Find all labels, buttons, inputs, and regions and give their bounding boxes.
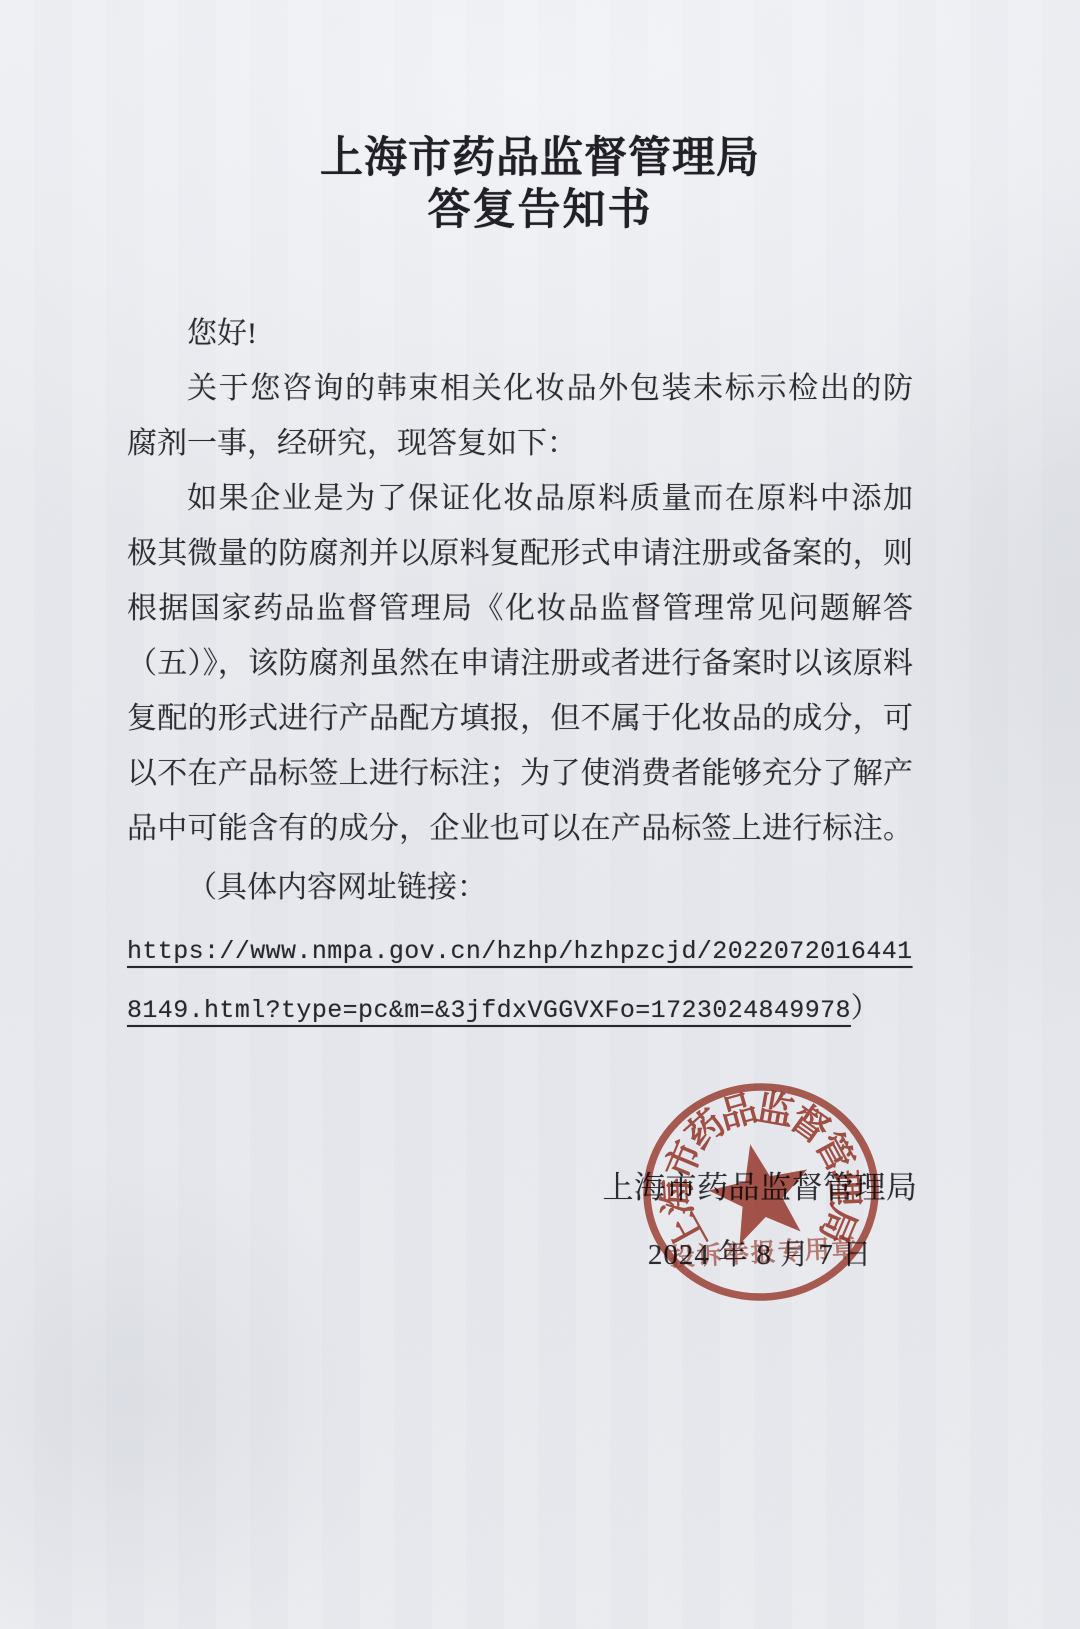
- body-line: 根据国家药品监督管理局《化妆品监督管理常见问题解答: [127, 581, 913, 636]
- url-link-line-1[interactable]: https://www.nmpa.gov.cn/hzhp/hzhpzcjd/20…: [127, 924, 913, 979]
- letter-title: 上海市药品监督管理局 答复告知书: [0, 133, 1080, 237]
- body-line: 腐剂一事，经研究，现答复如下：: [127, 416, 913, 471]
- signature-block: 上海市药品监督管理局 2024 年 8 月 7 日: [555, 1170, 965, 1273]
- letter-title-line2: 答复告知书: [0, 185, 1080, 237]
- signature-date: 2024 年 8 月 7 日: [555, 1232, 965, 1273]
- url-link-line-2-text[interactable]: 8149.html?type=pc&m=&3jfdxVGGVXFo=172302…: [127, 996, 851, 1025]
- svg-text:督: 督: [782, 1097, 837, 1153]
- letter-body: 您好! 关于您咨询的韩束相关化妆品外包装未标示检出的防 腐剂一事，经研究，现答复…: [127, 306, 913, 1036]
- svg-text:品: 品: [715, 1087, 762, 1138]
- body-line: 极其微量的防腐剂并以原料复配形式申请注册或备案的，则: [127, 526, 913, 581]
- body-line: 如果企业是为了保证化妆品原料质量而在原料中添加: [127, 471, 913, 526]
- url-link-line-2: 8149.html?type=pc&m=&3jfdxVGGVXFo=172302…: [127, 981, 913, 1036]
- body-line: 以不在产品标签上进行标注；为了使消费者能够充分了解产: [127, 746, 913, 801]
- body-line: （五）》，该防腐剂虽然在申请注册或者进行备案时以该原料: [127, 636, 913, 691]
- body-line: （具体内容网址链接：: [127, 860, 913, 915]
- svg-text:药: 药: [678, 1102, 734, 1158]
- body-line: 品中可能含有的成分，企业也可以在产品标签上进行标注。: [127, 801, 913, 856]
- greeting-line: 您好!: [127, 306, 913, 361]
- closing-paren: ）: [851, 993, 879, 1024]
- body-line: 关于您咨询的韩束相关化妆品外包装未标示检出的防: [127, 361, 913, 416]
- signature-organization: 上海市药品监督管理局: [555, 1170, 965, 1206]
- letter-page: 上海市药品监督管理局 答复告知书 您好! 关于您咨询的韩束相关化妆品外包装未标示…: [0, 0, 1080, 1629]
- svg-text:监: 监: [753, 1086, 797, 1134]
- letter-title-line1: 上海市药品监督管理局: [0, 133, 1080, 185]
- body-line: 复配的形式进行产品配方填报，但不属于化妆品的成分，可: [127, 691, 913, 746]
